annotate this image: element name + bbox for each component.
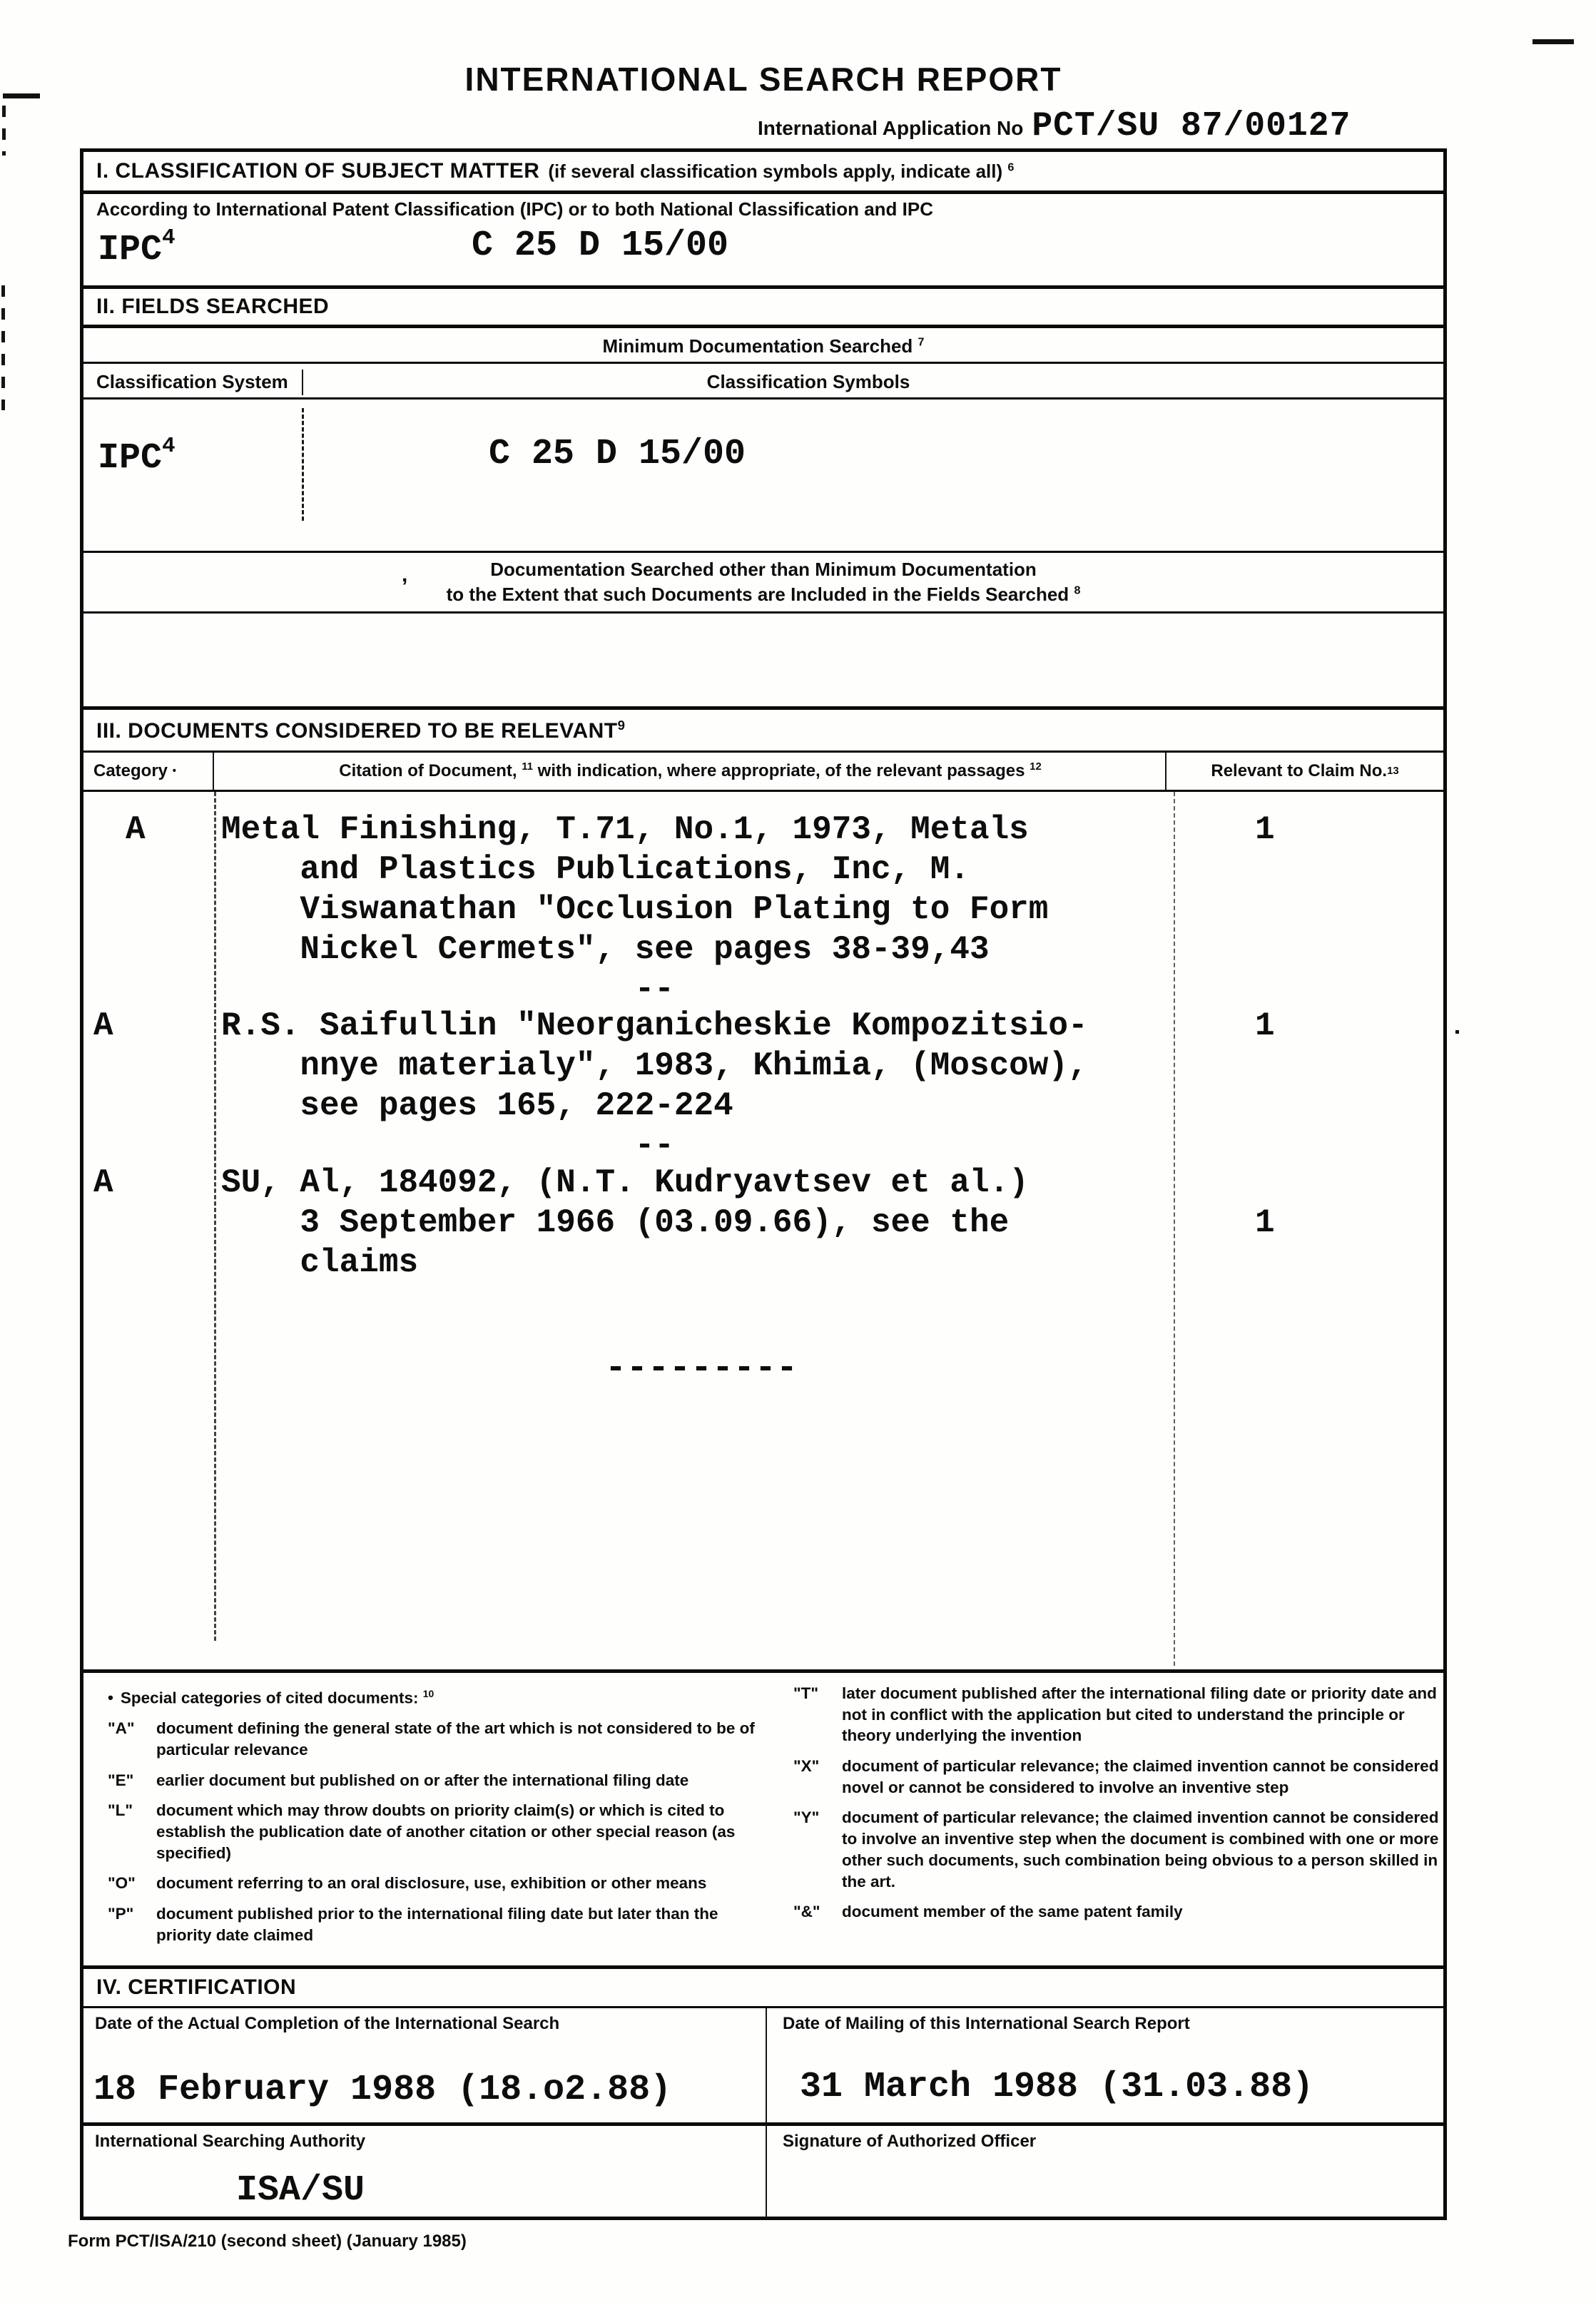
claim-column-header-sup: 13 [1387, 765, 1399, 777]
footnotes-right-column: "T" later document published after the i… [793, 1683, 1444, 1923]
section-1-note: (if several classification symbols apply… [548, 161, 1014, 183]
date-mailing-value: 31 March 1988 (31.03.88) [800, 2067, 1313, 2107]
document-title: INTERNATIONAL SEARCH REPORT [80, 60, 1447, 98]
claim-column-header-text: Relevant to Claim No. [1211, 761, 1387, 781]
documents-table-body: A Metal Finishing, T.71, No.1, 1973, Met… [83, 792, 1443, 1673]
footnote-item-P: "P" document published prior to the inte… [108, 1903, 757, 1945]
footnotes-section: • Special categories of cited documents:… [83, 1673, 1443, 1969]
ipc-label-1: IPC4 [98, 225, 176, 270]
footnote-text-X: document of particular relevance; the cl… [842, 1756, 1444, 1798]
citation-row-3-category: A [93, 1164, 113, 1201]
footnote-item-amp: "&" document member of the same patent f… [793, 1901, 1444, 1923]
citation-header-pre: Citation of Document, [339, 761, 517, 780]
scanned-search-report-page: INTERNATIONAL SEARCH REPORT Internationa… [0, 0, 1596, 2305]
signature-label: Signature of Authorized Officer [783, 2132, 1036, 2152]
footnote-text-T: later document published after the inter… [842, 1683, 1444, 1746]
footnote-text-amp: document member of the same patent famil… [842, 1901, 1444, 1923]
ipc-column-divider-dashed [302, 408, 304, 521]
ipc-label-2-sup: 4 [162, 434, 176, 459]
citation-row-1-category: A [126, 811, 146, 848]
footnote-code-E: "E" [108, 1770, 146, 1791]
footnote-code-T: "T" [793, 1683, 832, 1746]
date-mailing-label: Date of Mailing of this International Se… [783, 2014, 1190, 2034]
category-column-header-text: Category [93, 761, 168, 781]
certification-authority-row: International Searching Authority Signat… [83, 2126, 1443, 2217]
footnote-code-Y: "Y" [793, 1807, 832, 1892]
footnote-text-O: document referring to an oral disclosure… [156, 1873, 757, 1894]
footnote-item-A: "A" document defining the general state … [108, 1718, 757, 1760]
bullet-icon: • [108, 1687, 113, 1709]
form-box: I. CLASSIFICATION OF SUBJECT MATTER (if … [80, 148, 1447, 2220]
citation-column-header-text: Citation of Document, 11 with indication… [339, 761, 1041, 781]
ipc-value-1: C 25 D 15/00 [472, 225, 728, 266]
citation-row-3-claim: 1 [1255, 1204, 1275, 1241]
footnote-code-P: "P" [108, 1903, 146, 1945]
footnote-item-L: "L" document which may throw doubts on p… [108, 1800, 757, 1863]
classification-header-row: Classification System Classification Sym… [83, 364, 1443, 400]
ipc-label-1-sup: 4 [162, 225, 176, 250]
documents-table-header: Category • Citation of Document, 11 with… [83, 753, 1443, 792]
ipc-label-1-text: IPC [98, 230, 162, 270]
section-1-body: According to International Patent Classi… [83, 194, 1443, 289]
ipc-value-2: C 25 D 15/00 [489, 434, 746, 474]
minimum-documentation-footnote-ref: 7 [918, 335, 925, 348]
application-number-row: International Application No PCT/SU 87/0… [758, 107, 1351, 146]
application-number-value: PCT/SU 87/00127 [1032, 107, 1351, 146]
minimum-documentation-label: Minimum Documentation Searched 7 [83, 335, 1443, 357]
section-3-title: III. DOCUMENTS CONSIDERED TO BE RELEVANT… [96, 718, 625, 743]
scan-artifact-left-dashes-mid [1, 285, 5, 410]
certification-column-divider-1 [766, 2008, 767, 2122]
section-4-header: IV. CERTIFICATION [83, 1969, 1443, 2008]
according-to-ipc-text: According to International Patent Classi… [96, 198, 933, 220]
citation-row-3-text: SU, Al, 184092, (N.T. Kudryavtsev et al.… [221, 1163, 1029, 1283]
footnote-code-X: "X" [793, 1756, 832, 1798]
certification-column-divider-2 [766, 2126, 767, 2217]
classification-symbols-label: Classification Symbols [302, 371, 1315, 393]
category-column-header: Category • [83, 753, 214, 790]
documentation-other-line1: Documentation Searched other than Minimu… [83, 559, 1443, 581]
footnote-item-O: "O" document referring to an oral disclo… [108, 1873, 757, 1894]
documentation-other-line2-text: to the Extent that such Documents are In… [447, 584, 1069, 605]
special-categories-header: • Special categories of cited documents:… [108, 1687, 757, 1709]
form-identifier-note: Form PCT/ISA/210 (second sheet) (January… [68, 2232, 467, 2251]
documentation-other-line2: to the Extent that such Documents are In… [83, 584, 1443, 606]
citation-header-sup2: 12 [1030, 761, 1042, 773]
citation-header-mid: with indication, where appropriate, of t… [533, 761, 1030, 780]
citation-row-2-claim: 1 [1255, 1007, 1275, 1044]
claim-column-header: Relevant to Claim No. 13 [1165, 753, 1443, 790]
footnote-text-A: document defining the general state of t… [156, 1718, 757, 1760]
section-3-header: III. DOCUMENTS CONSIDERED TO BE RELEVANT… [83, 710, 1443, 753]
footnotes-left-column: • Special categories of cited documents:… [108, 1687, 757, 1945]
scan-artifact-dot-right [1455, 1030, 1459, 1034]
citation-row-2-text: R.S. Saifullin "Neorganicheskie Kompozit… [221, 1006, 1088, 1166]
section-4-title: IV. CERTIFICATION [96, 1975, 296, 2000]
citation-row-2-category: A [93, 1007, 113, 1044]
footnote-item-T: "T" later document published after the i… [793, 1683, 1444, 1746]
section-2-title: II. FIELDS SEARCHED [96, 295, 329, 319]
ipc-search-row: IPC4 C 25 D 15/00 [83, 400, 1443, 553]
footnote-item-Y: "Y" document of particular relevance; th… [793, 1807, 1444, 1892]
ipc-label-2: IPC4 [98, 434, 176, 479]
footnote-text-Y: document of particular relevance; the cl… [842, 1807, 1444, 1892]
searching-authority-value: ISA/SU [236, 2170, 365, 2211]
footnote-item-X: "X" document of particular relevance; th… [793, 1756, 1444, 1798]
section-3-title-text: III. DOCUMENTS CONSIDERED TO BE RELEVANT [96, 719, 618, 743]
documentation-other-row: , Documentation Searched other than Mini… [83, 553, 1443, 614]
citation-row-1-claim: 1 [1255, 811, 1275, 848]
minimum-documentation-row: Minimum Documentation Searched 7 [83, 328, 1443, 364]
category-column-header-mark: • [173, 765, 176, 777]
date-completion-label: Date of the Actual Completion of the Int… [95, 2014, 559, 2034]
application-number-label: International Application No [758, 117, 1023, 140]
searching-authority-label: International Searching Authority [95, 2132, 365, 2152]
section-1-note-text: (if several classification symbols apply… [548, 161, 1002, 182]
special-categories-text: Special categories of cited documents: 1… [121, 1687, 434, 1709]
category-column-divider-dashed [214, 792, 216, 1641]
minimum-documentation-text: Minimum Documentation Searched [602, 335, 913, 357]
scan-artifact-left-dashes-top [2, 106, 6, 156]
footnote-text-E: earlier document but published on or aft… [156, 1770, 757, 1791]
footnote-item-E: "E" earlier document but published on or… [108, 1770, 757, 1791]
citation-column-header: Citation of Document, 11 with indication… [214, 753, 1166, 790]
footnote-code-O: "O" [108, 1873, 146, 1894]
ipc-label-2-text: IPC [98, 438, 162, 479]
empty-search-row [83, 614, 1443, 710]
citation-header-sup1: 11 [522, 761, 533, 773]
footnote-code-L: "L" [108, 1800, 146, 1863]
citation-end-separator: --------- [605, 1348, 798, 1389]
footnote-text-P: document published prior to the internat… [156, 1903, 757, 1945]
date-completion-value: 18 February 1988 (18.o2.88) [93, 2070, 671, 2110]
claim-column-divider-dashed [1174, 792, 1175, 1666]
section-1-title: I. CLASSIFICATION OF SUBJECT MATTER [96, 159, 539, 183]
scan-artifact-left-bracket [3, 93, 40, 98]
footnote-text-L: document which may throw doubts on prior… [156, 1800, 757, 1863]
certification-dates-row: Date of the Actual Completion of the Int… [83, 2008, 1443, 2126]
documentation-other-footnote-ref: 8 [1074, 584, 1080, 596]
special-categories-sup: 10 [423, 1688, 434, 1699]
section-1-header: I. CLASSIFICATION OF SUBJECT MATTER (if … [83, 152, 1443, 194]
section-1-footnote-ref: 6 [1007, 161, 1014, 173]
footnote-code-A: "A" [108, 1718, 146, 1760]
scan-artifact-top-right-dash [1533, 39, 1574, 44]
section-2-header: II. FIELDS SEARCHED [83, 289, 1443, 328]
citation-row-1-text: Metal Finishing, T.71, No.1, 1973, Metal… [221, 810, 1048, 1009]
special-categories-label: Special categories of cited documents: [121, 1689, 419, 1707]
footnote-code-amp: "&" [793, 1901, 832, 1923]
classification-system-label: Classification System [96, 371, 288, 393]
section-3-footnote-ref: 9 [618, 718, 626, 733]
